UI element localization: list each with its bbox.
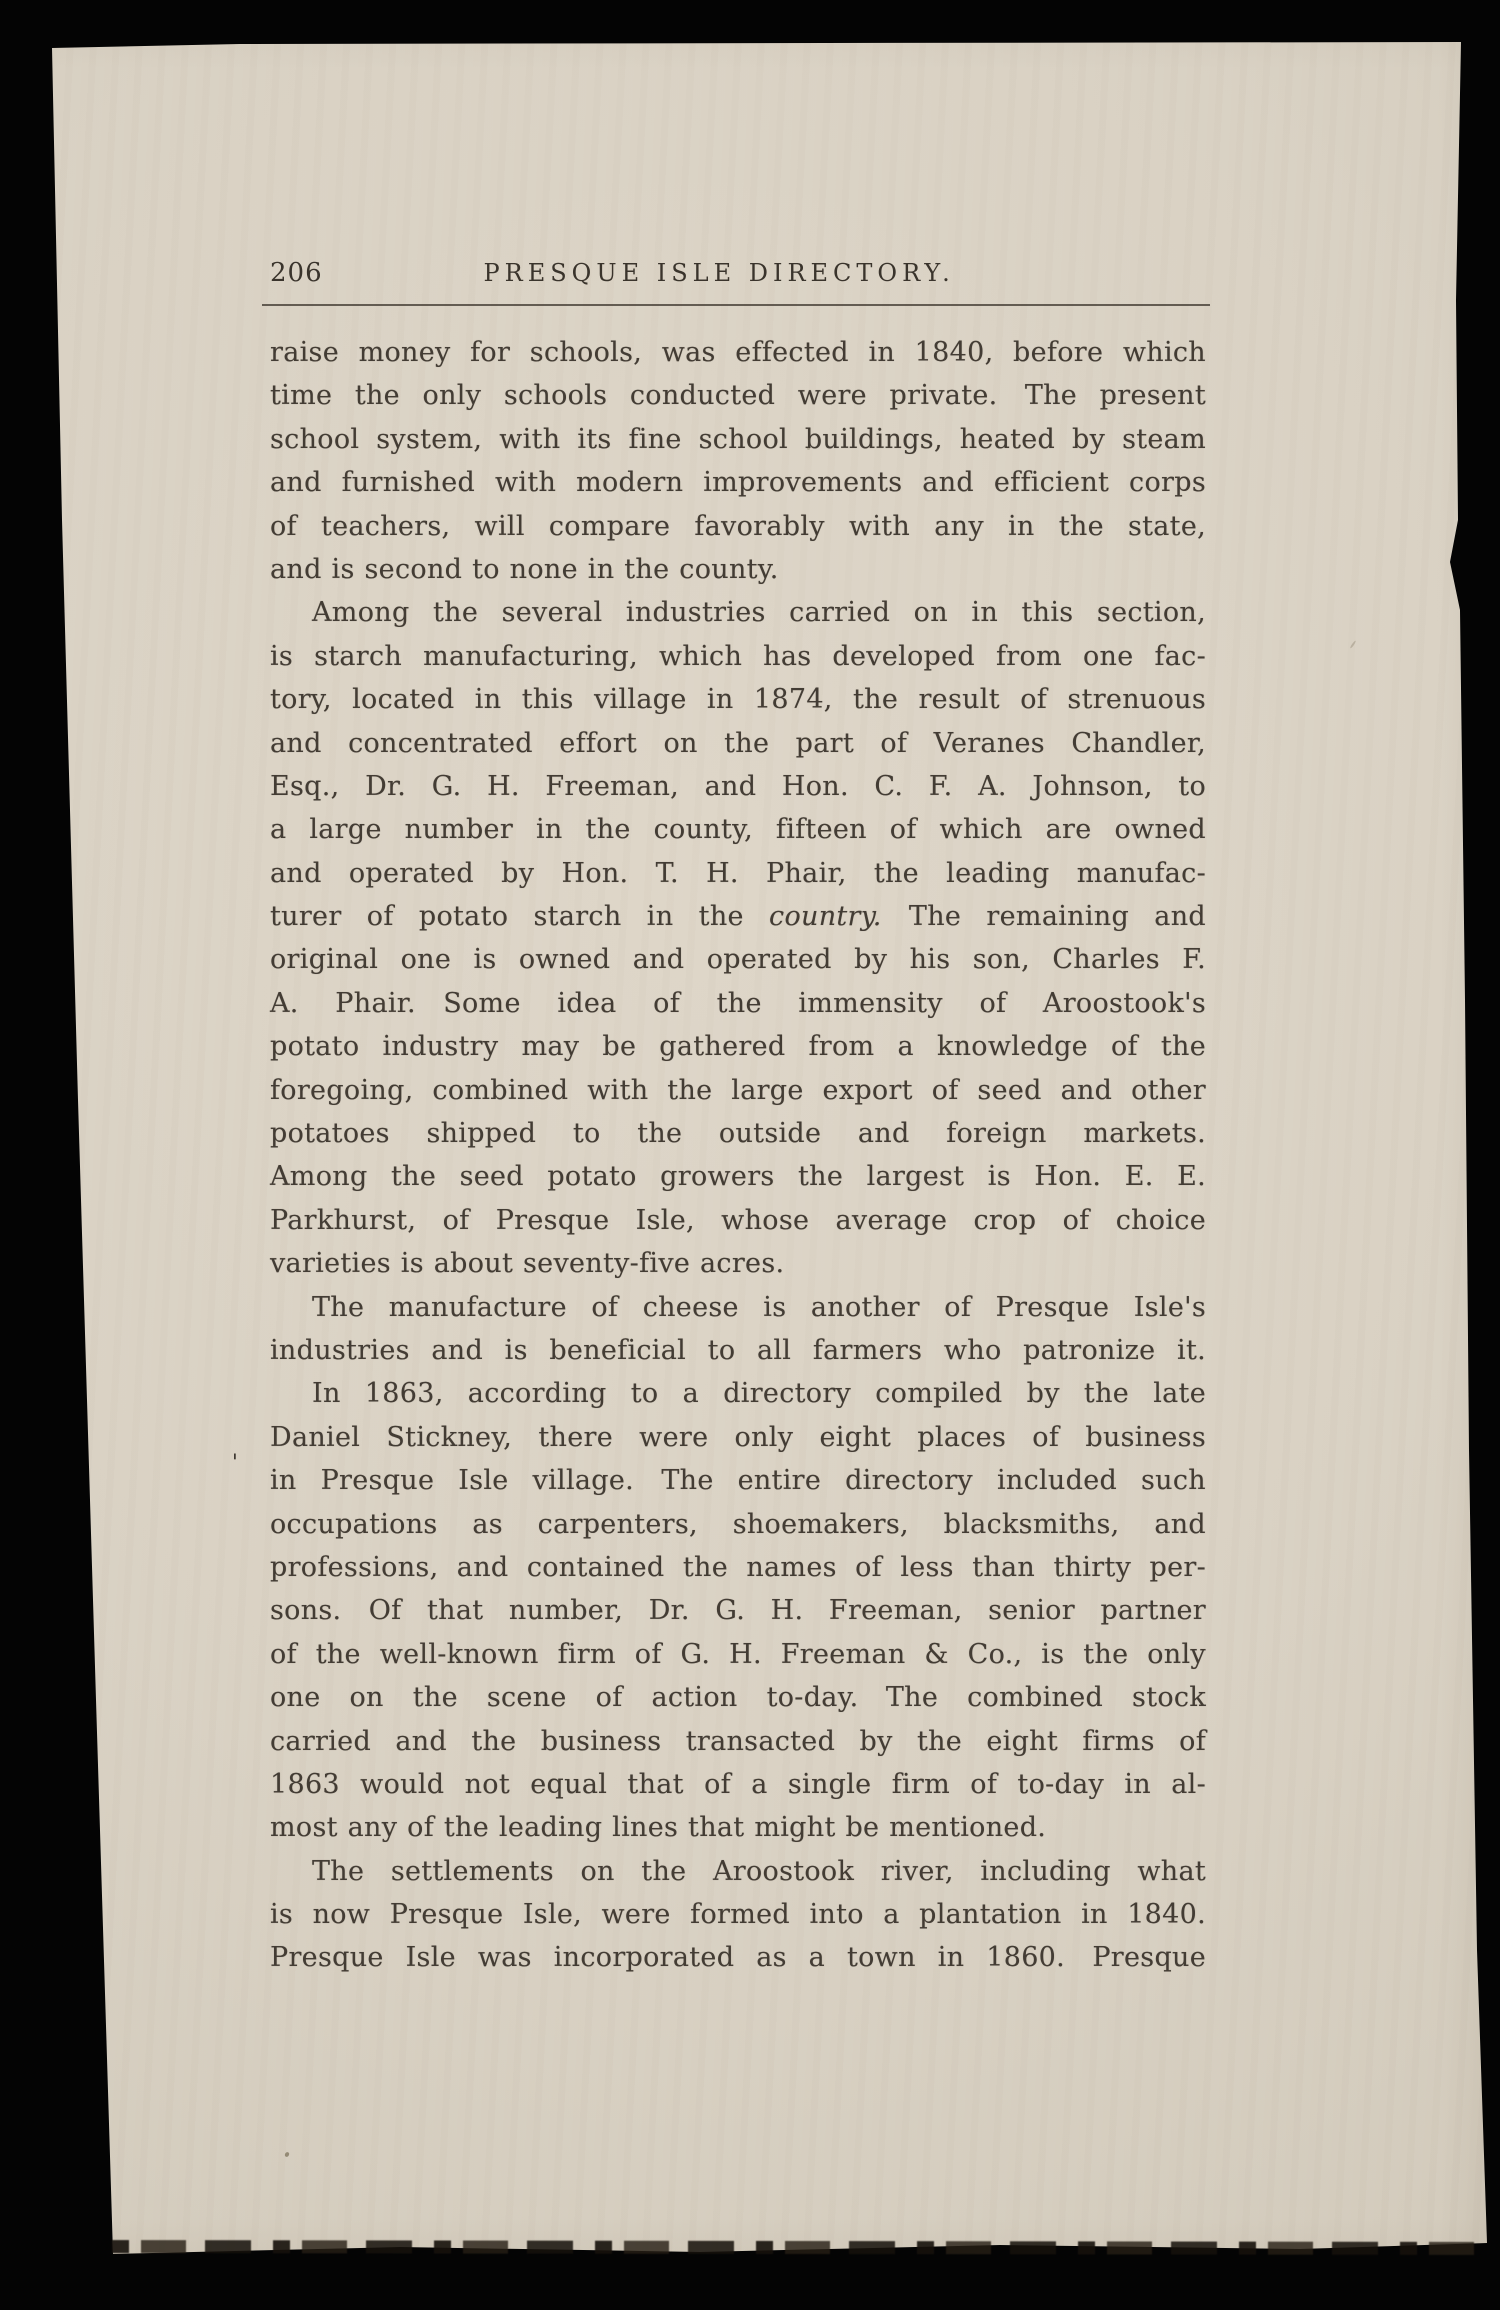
paragraph: raise money for schools, was effected in… (270, 331, 1206, 591)
stray-mark: ' (232, 1452, 238, 1473)
page-number: 206 (270, 256, 323, 290)
text-line: one on the scene of action to-day. The c… (270, 1676, 1206, 1719)
text-line: industries and is beneficial to all farm… (270, 1329, 1206, 1372)
text-line: Parkhurst, of Presque Isle, whose averag… (270, 1199, 1206, 1242)
bottom-page-edges (112, 2240, 1480, 2255)
header-rule (262, 304, 1210, 306)
text-line: Daniel Stickney, there were only eight p… (270, 1416, 1206, 1459)
text-line: is now Presque Isle, were formed into a … (270, 1893, 1206, 1936)
text-line: raise money for schools, was effected in… (270, 331, 1206, 374)
text-line: most any of the leading lines that might… (270, 1806, 1206, 1849)
text-line: and concentrated effort on the part of V… (270, 722, 1206, 765)
text-line: Esq., Dr. G. H. Freeman, and Hon. C. F. … (270, 765, 1206, 808)
body-text: raise money for schools, was effected in… (270, 331, 1206, 1980)
text-line: In 1863, according to a directory compil… (270, 1372, 1206, 1415)
text-line: potato industry may be gathered from a k… (270, 1025, 1206, 1068)
text-line: Presque Isle was incorporated as a town … (270, 1936, 1206, 1979)
text-line: The manufacture of cheese is another of … (270, 1286, 1206, 1329)
text-line: of the well-known firm of G. H. Freeman … (270, 1633, 1206, 1676)
text-line: turer of potato starch in the country. T… (270, 895, 1206, 938)
ink-speck (1350, 640, 1357, 649)
text-line: and is second to none in the county. (270, 548, 1206, 591)
text-segment: turer of potato starch in the (270, 901, 769, 932)
paragraph: Among the several industries carried on … (270, 591, 1206, 1285)
text-line: time the only schools conducted were pri… (270, 374, 1206, 417)
text-line: and operated by Hon. T. H. Phair, the le… (270, 852, 1206, 895)
text-line: in Presque Isle village. The entire dire… (270, 1459, 1206, 1502)
paragraph: The settlements on the Aroostook river, … (270, 1850, 1206, 1980)
text-line: potatoes shipped to the outside and fore… (270, 1112, 1206, 1155)
ink-speck (807, 447, 810, 450)
text-line: Among the seed potato growers the larges… (270, 1155, 1206, 1198)
text-line: varieties is about seventy-five acres. (270, 1242, 1206, 1285)
text-line: professions, and contained the names of … (270, 1546, 1206, 1589)
text-line: tory, located in this village in 1874, t… (270, 678, 1206, 721)
running-header: 206 PRESQUE ISLE DIRECTORY. (270, 256, 1206, 290)
text-line: original one is owned and operated by hi… (270, 938, 1206, 981)
text-line: occupations as carpenters, shoemakers, b… (270, 1503, 1206, 1546)
italic-word: country. (769, 901, 882, 932)
text-line: carried and the business transacted by t… (270, 1720, 1206, 1763)
text-line: of teachers, will compare favorably with… (270, 505, 1206, 548)
text-line: and furnished with modern improvements a… (270, 461, 1206, 504)
text-line: is starch manufacturing, which has devel… (270, 635, 1206, 678)
text-line: The settlements on the Aroostook river, … (270, 1850, 1206, 1893)
paragraph: In 1863, according to a directory compil… (270, 1372, 1206, 1849)
scanned-page-sheet: 206 PRESQUE ISLE DIRECTORY. raise money … (0, 0, 1500, 2310)
text-line: sons. Of that number, Dr. G. H. Freeman,… (270, 1589, 1206, 1632)
text-line: A. Phair. Some idea of the immensity of … (270, 982, 1206, 1025)
text-segment: The remaining and (882, 901, 1206, 932)
text-line: 1863 would not equal that of a single fi… (270, 1763, 1206, 1806)
text-line: Among the several industries carried on … (270, 591, 1206, 634)
text-line: foregoing, combined with the large expor… (270, 1069, 1206, 1112)
paragraph: The manufacture of cheese is another of … (270, 1286, 1206, 1373)
ink-speck (284, 2151, 290, 2157)
running-header-title: PRESQUE ISLE DIRECTORY. (483, 256, 954, 290)
text-line: a large number in the county, fifteen of… (270, 808, 1206, 851)
text-line: school system, with its fine school buil… (270, 418, 1206, 461)
